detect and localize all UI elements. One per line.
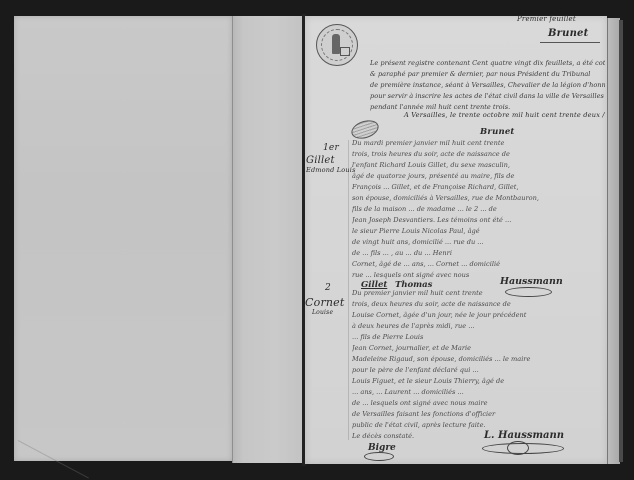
entry-line: Jean Joseph Desvantiers. Les témoins ont…	[352, 215, 605, 226]
entry-line: âgé de quatorze jours, présenté au maire…	[352, 171, 605, 182]
entry-2-number: 2	[325, 283, 331, 293]
entry-line: de ... lesquels ont signé avec nous mair…	[352, 398, 605, 409]
entry-line: rue ... lesquels ont signé avec nous	[352, 270, 605, 281]
entry-1-margin-subname: Edmond Louis	[306, 166, 356, 174]
entry-line: trois, trois heures du soir, acte de nai…	[352, 149, 605, 160]
signature-flourish	[364, 452, 394, 461]
entry-line: trois, deux heures du soir, acte de nais…	[352, 299, 605, 310]
entry-line: l'enfant Richard Louis Gillet, du sexe m…	[352, 160, 605, 171]
entry-line: Louise Cornet, âgée d'un jour, née le jo…	[352, 310, 605, 321]
entry-line: ... ans, ... Laurent ... domiciliés ...	[352, 387, 605, 398]
entry-line: public de l'état civil, après lecture fa…	[352, 420, 605, 431]
certification-paragraph: Le présent registre contenant Cent quatr…	[370, 58, 605, 113]
entry-2-text: Du premier janvier mil huit cent trente …	[352, 288, 605, 442]
entry-line: Louis Figuet, et le sieur Louis Thierry,…	[352, 376, 605, 387]
signature-flourish	[507, 441, 529, 455]
entry-2-signature-2: L. Haussmann	[484, 430, 564, 441]
certification-line: de première instance, séant à Versailles…	[370, 80, 605, 91]
entry-1-text: Du mardi premier janvier mil huit cent t…	[352, 138, 605, 281]
blank-left-page	[14, 16, 232, 461]
certification-signature: Brunet	[480, 127, 515, 137]
entry-line: pour le père de l'enfant déclaré qui ...	[352, 365, 605, 376]
entry-line: à deux heures de l'après midi, rue ...	[352, 321, 605, 332]
entry-2-margin-name: Cornet	[305, 296, 345, 309]
entry-line: Le décès constaté.	[352, 431, 605, 442]
page-edge-shadow	[619, 20, 623, 462]
certification-line: pour servir à inscrire les actes de l'ét…	[370, 91, 605, 102]
entry-line: ... fils de Pierre Louis	[352, 332, 605, 343]
entry-line: Du premier janvier mil huit cent trente	[352, 288, 605, 299]
entry-line: de ... fils ... , au ... du ... Henri	[352, 248, 605, 259]
entry-1-signature-3: Haussmann	[500, 276, 563, 287]
entry-1-number: 1er	[323, 143, 339, 153]
certification-date: A Versailles, le trente octobre mil huit…	[404, 111, 605, 119]
entry-line: Madeleine Rigaud, son épouse, domiciliés…	[352, 354, 605, 365]
entry-line: Du mardi premier janvier mil huit cent t…	[352, 138, 605, 149]
certification-line: Le présent registre contenant Cent quatr…	[370, 58, 605, 69]
entry-line: Cornet, âgé de ... ans, ... Cornet ... d…	[352, 259, 605, 270]
margin-rule	[348, 140, 349, 440]
signature-underline	[540, 42, 600, 43]
entry-line: de Versailles faisant les fonctions d'of…	[352, 409, 605, 420]
entry-line: Jean Cornet, journalier, et de Marie	[352, 343, 605, 354]
entry-line: François ... Gillet, et de Françoise Ric…	[352, 182, 605, 193]
entry-line: son épouse, domiciliés à Versailles, rue…	[352, 193, 605, 204]
entry-1-margin-name: Gillet	[306, 155, 335, 166]
certification-line: & paraphé par premier & dernier, par nou…	[370, 69, 605, 80]
folded-page-strip	[232, 16, 303, 463]
page-note-signature: Brunet	[548, 28, 588, 39]
entry-line: le sieur Pierre Louis Nicolas Paul, âgé	[352, 226, 605, 237]
round-seal-stamp-icon	[316, 24, 358, 66]
entry-line: fils de la maison ... de madame ... le 2…	[352, 204, 605, 215]
entry-2-margin-subname: Louise	[312, 309, 333, 316]
scanned-register-image: Premier feuillet Brunet Le présent regis…	[0, 0, 634, 480]
entry-line: de vingt huit ans, domicilié ... rue du …	[352, 237, 605, 248]
page-note: Premier feuillet	[517, 15, 576, 23]
